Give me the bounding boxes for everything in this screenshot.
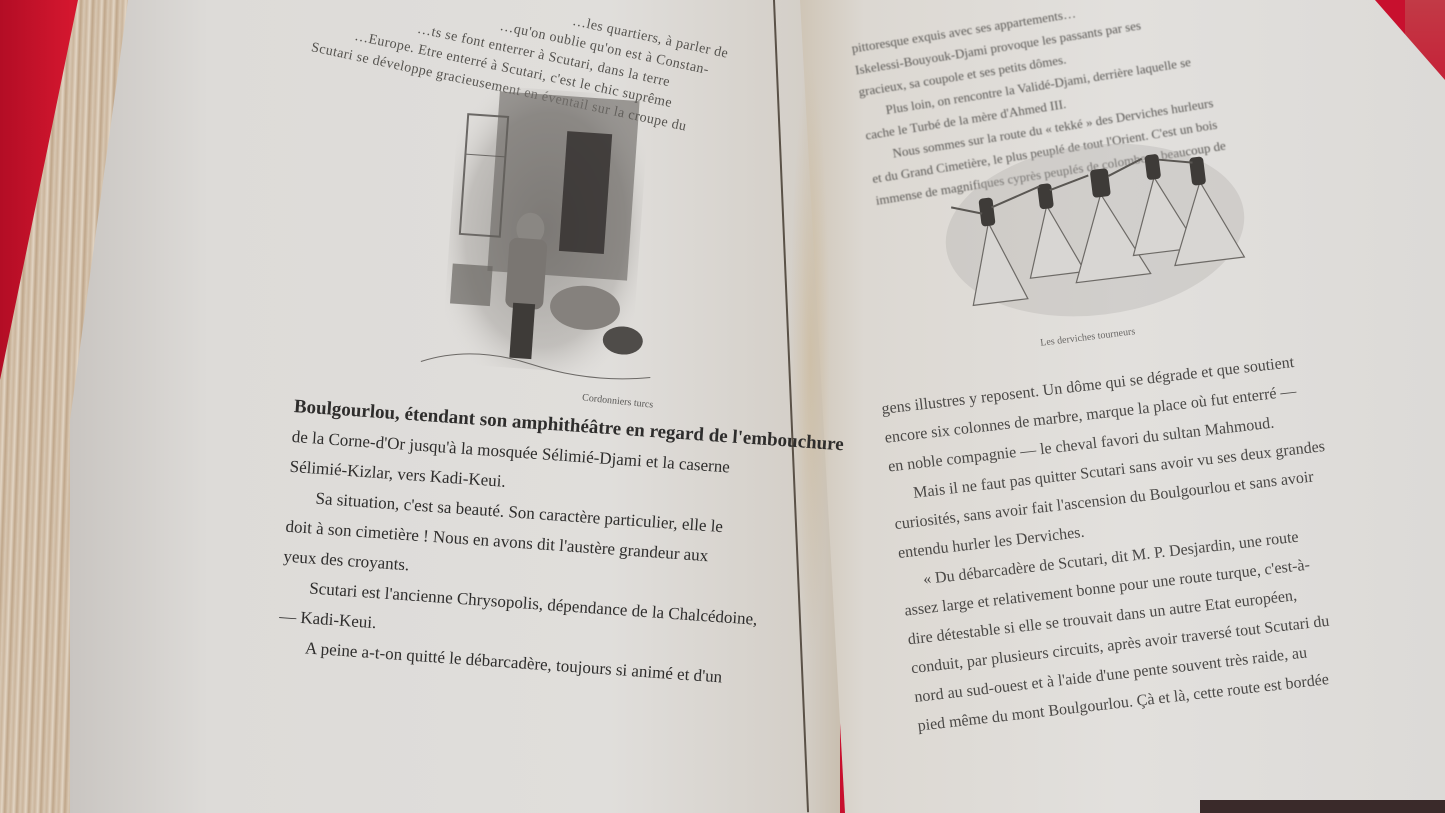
left-page-body-text: Boulgourlou, étendant son amphithéâtre e… [276, 392, 845, 700]
bottom-shadow [1200, 800, 1445, 813]
dervishes-illustration [935, 122, 1255, 337]
cobblers-illustration [409, 71, 685, 398]
book-photo-scene: …les quartiers, à parler de …qu'on oubli… [0, 0, 1445, 813]
right-page-body-text: gens illustres y reposent. Un dôme qui s… [880, 346, 1353, 741]
